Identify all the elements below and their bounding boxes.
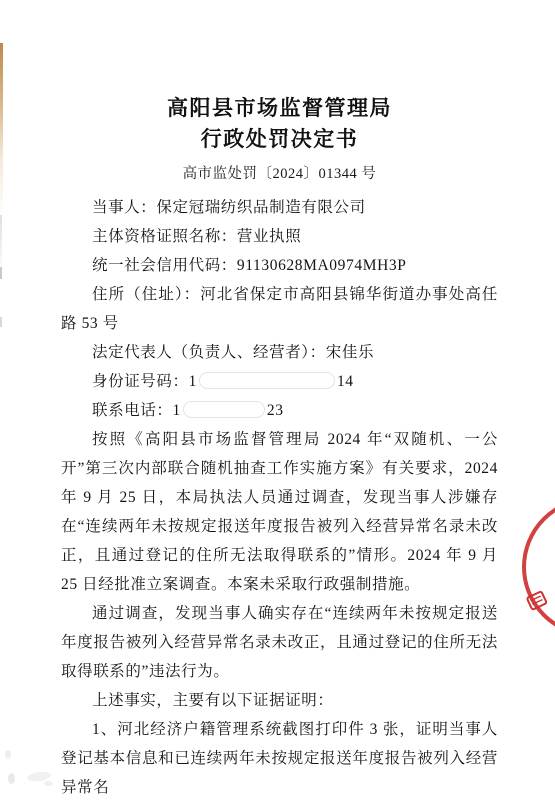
scan-smudge bbox=[5, 750, 11, 759]
scan-edge-artifact-2 bbox=[0, 215, 2, 275]
document-title-authority: 高阳县市场监督管理局 bbox=[61, 93, 498, 124]
paragraph-id-number: 身份证号码：114 bbox=[61, 367, 498, 396]
paragraph-address: 住所（住址）：河北省保定市高阳县锦华街道办事处高任路 53 号 bbox=[61, 280, 498, 338]
id-number-suffix: 14 bbox=[337, 373, 354, 390]
document-title-type: 行政处罚决定书 bbox=[61, 124, 498, 155]
phone-redaction bbox=[183, 401, 265, 418]
document-number: 高市监处罚〔2024〕01344 号 bbox=[61, 164, 498, 185]
paragraph-case-background: 按照《高阳县市场监督管理局 2024 年“双随机、一公开”第三次内部联合随机抽查… bbox=[61, 425, 498, 599]
official-seal-stamp: 91130628MA0974MH3P bbox=[493, 494, 555, 644]
document-content: 高阳县市场监督管理局 行政处罚决定书 高市监处罚〔2024〕01344 号 当事… bbox=[0, 0, 555, 802]
phone-prefix: 联系电话：1 bbox=[92, 402, 181, 419]
scan-edge-mark bbox=[0, 317, 2, 327]
paragraph-phone: 联系电话：123 bbox=[61, 396, 498, 425]
scan-smudge bbox=[44, 781, 53, 786]
id-number-prefix: 身份证号码：1 bbox=[92, 373, 197, 390]
paragraph-license-name: 主体资格证照名称：营业执照 bbox=[61, 222, 498, 251]
paragraph-party: 当事人：保定冠瑞纺织品制造有限公司 bbox=[61, 193, 498, 222]
phone-suffix: 23 bbox=[267, 402, 284, 419]
paragraph-investigation-finding: 通过调查，发现当事人确实存在“连续两年未按规定报送年度报告被列入经营异常名录未改… bbox=[61, 599, 498, 686]
scan-edge-mark bbox=[0, 267, 2, 279]
document-page: 高阳县市场监督管理局 行政处罚决定书 高市监处罚〔2024〕01344 号 当事… bbox=[0, 0, 555, 810]
paragraph-legal-rep: 法定代表人（负责人、经营者）：宋佳乐 bbox=[61, 338, 498, 367]
paragraph-evidence-item-1: 1、河北经济户籍管理系统截图打印件 3 张，证明当事人登记基本信息和已连续两年未… bbox=[61, 715, 498, 802]
scan-edge-artifact bbox=[0, 43, 3, 218]
seal-ring bbox=[524, 499, 555, 635]
id-number-redaction bbox=[199, 372, 335, 389]
paragraph-evidence-intro: 上述事实，主要有以下证据证明： bbox=[61, 686, 498, 715]
document-body: 当事人：保定冠瑞纺织品制造有限公司 主体资格证照名称：营业执照 统一社会信用代码… bbox=[61, 193, 498, 802]
paragraph-credit-code: 统一社会信用代码：91130628MA0974MH3P bbox=[61, 251, 498, 280]
scan-smudge bbox=[8, 773, 15, 784]
